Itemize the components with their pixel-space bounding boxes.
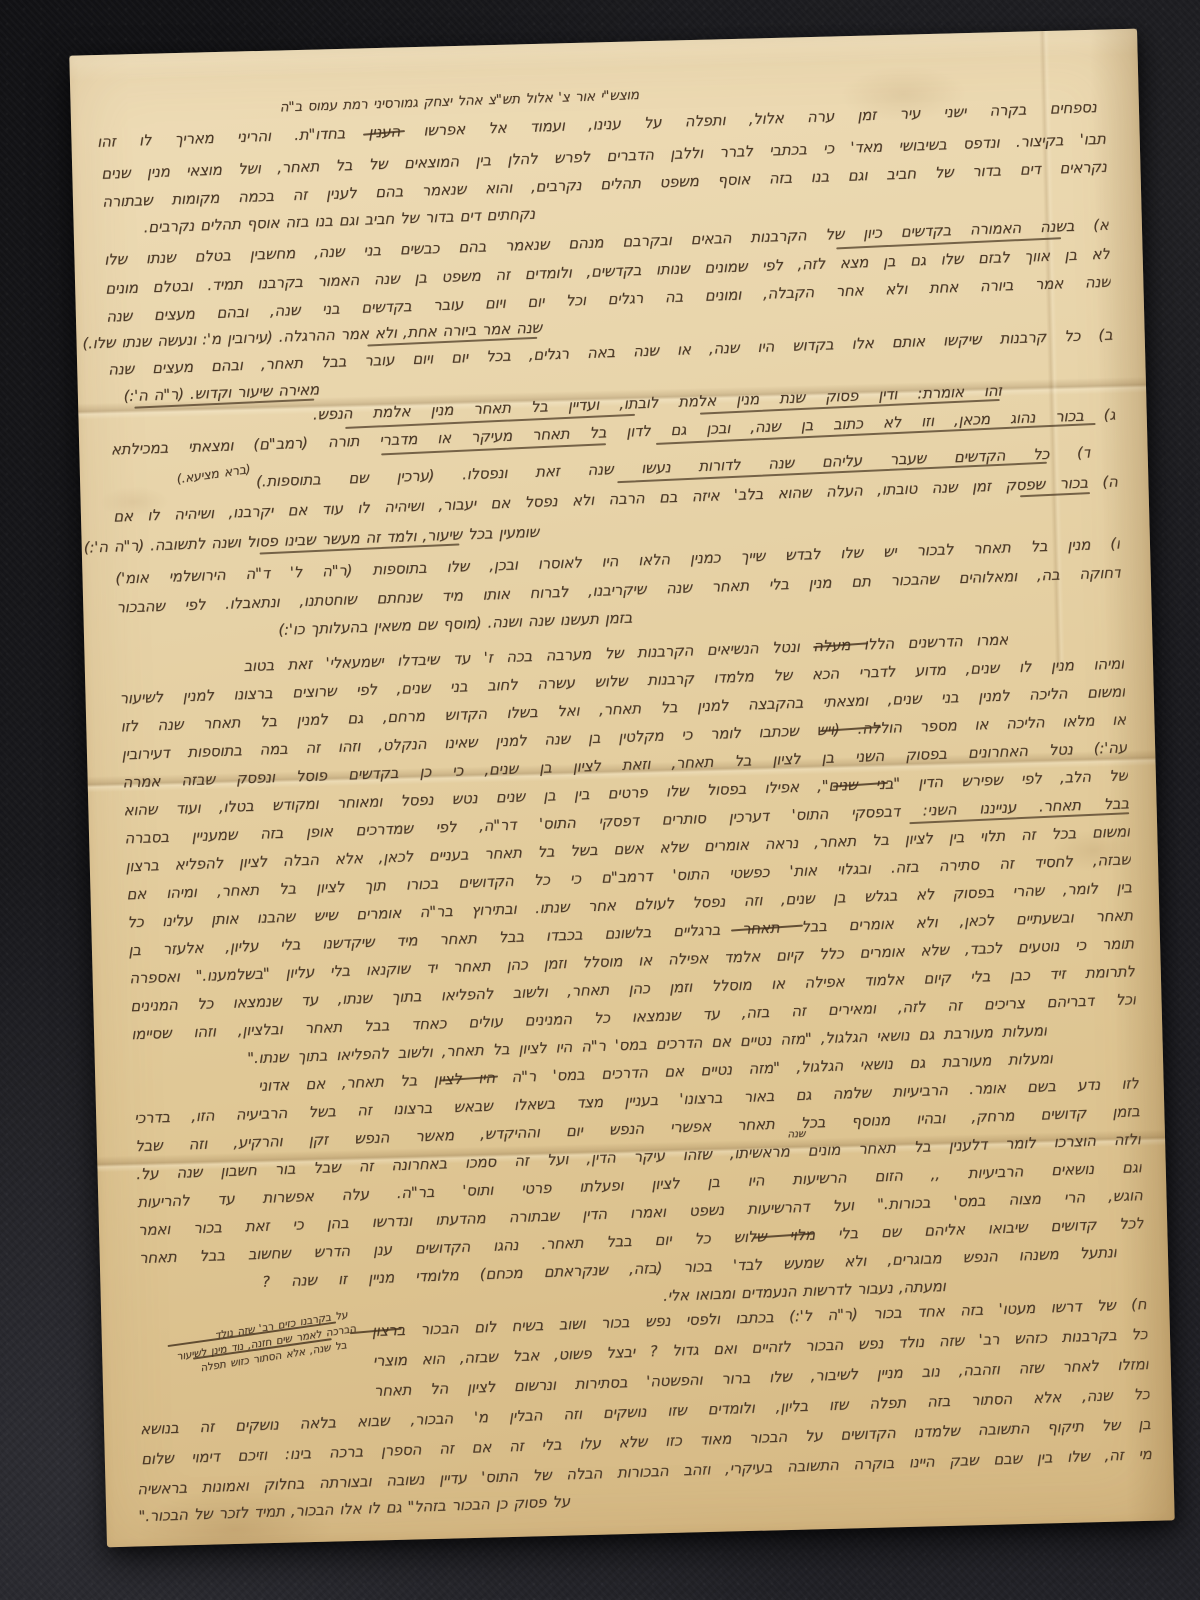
manuscript-line: שנה אמר ביורה אחת, ולא אמר ההרגלה. (עירו… [102,321,542,352]
inserted-word: שנה [750,1129,805,1142]
manuscript-line: בזמן תעשנו שנה ושנה. (מוסף שם משאין בהעל… [112,611,632,645]
manuscript-line: נקחתים דים בדור של חביב וגם בנו בזה אוסף… [110,207,535,238]
manuscript-text: מוצש"י אור צ' אלול תש"צ אהל יצחק גמורסינ… [90,25,1153,1551]
manuscript-line: ומעתה, נעבור לדרשות הנעמדים ומבואו אלי. [621,1279,946,1306]
paper-sheet: מוצש"י אור צ' אלול תש"צ אהל יצחק גמורסינ… [69,29,1174,1548]
manuscript-line: (ברא מציעא.) [101,462,251,496]
manuscript-line: מאירה שיעור וקדוש. (ר"ה ה':) [104,382,319,405]
manuscript-heading-line: מוצש"י אור צ' אלול תש"צ אהל יצחק גמורסינ… [99,88,639,121]
photo-scene: מוצש"י אור צ' אלול תש"צ אהל יצחק גמורסינ… [0,0,1200,1600]
manuscript-line: על פסוק כן הבכור בזהל" גם לו אלו הבכור, … [110,1494,570,1526]
